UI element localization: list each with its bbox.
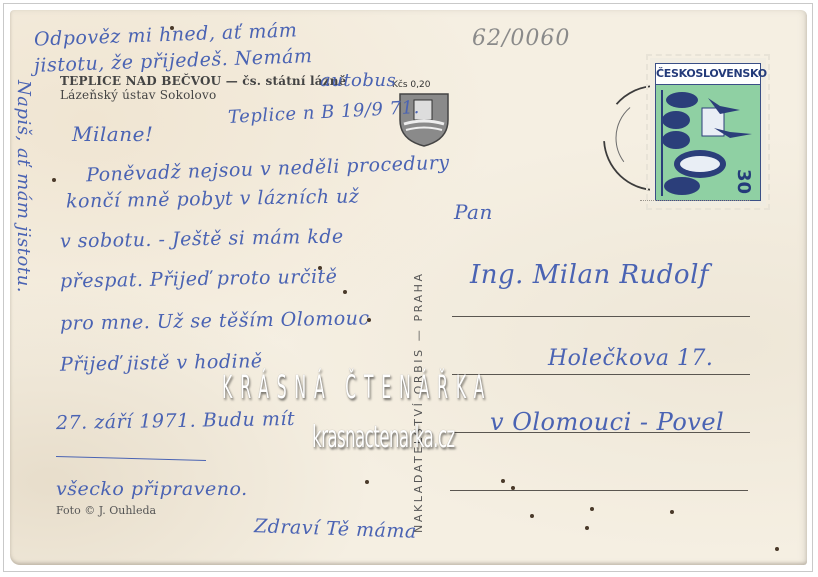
foxing-spot [343,290,347,294]
tax-stamp-value: Kčs 0,20 [392,80,430,90]
message-line: v sobotu. - Ještě si mám kde [60,226,344,253]
foxing-spot [585,526,589,530]
foxing-spot [530,514,534,518]
address-line-2 [452,374,750,375]
foxing-spot [52,178,56,182]
address-salutation: Pan [454,200,493,224]
address-line-3 [452,432,750,433]
foxing-spot [170,26,174,30]
message-line: pro mne. Už se těším Olomouc [60,307,370,334]
stamp-country: ČESKOSLOVENSKO [656,64,760,85]
address-line-4 [450,490,748,491]
closing: Zdraví Tě máma [254,515,417,543]
message-line: Poněvadž nejsou v neděli procedury [86,152,450,187]
printed-header-line1: TEPLICE NAD BEČVOU — čs. státní lázně [60,74,347,88]
message-line: všecko připraveno. [56,478,248,500]
watermark-title: KRÁSNÁ ČTENÁŘKA [222,368,492,406]
foxing-spot [501,479,505,483]
message-line: 27. září 1971. Budu mít [56,408,295,434]
foxing-spot [775,547,779,551]
top-note-line1: Odpověz mi hned, ať mám [34,19,298,50]
foxing-spot [365,480,369,484]
postage-stamp: ČESKOSLOVENSKO 30 [650,58,766,206]
stamp-dotted-line [640,200,750,201]
postage-stamp-image: ČESKOSLOVENSKO 30 [655,63,761,201]
foxing-spot [318,266,322,270]
address-street: Holečkova 17. [548,346,713,371]
message-line: přespat. Přijeď proto určitě [60,266,338,293]
foxing-spot [511,486,515,490]
top-note-line3: autobus [320,70,396,91]
salutation: Milane! [72,122,153,146]
catalog-number: 62/0060 [472,26,570,51]
watermark-url: krasnactenarka.cz [312,420,455,455]
foxing-spot [367,318,371,322]
foxing-spot [670,510,674,514]
photo-credit: Foto © J. Ouhleda [56,504,156,517]
stamp-value: 30 [733,169,754,194]
foxing-spot [590,507,594,511]
printed-header-line2: Lázeňský ústav Sokolovo [60,88,216,102]
address-name: Ing. Milan Rudolf [470,260,709,290]
margin-note: Napiš, ať mám jistotu. [13,80,34,293]
message-line: končí mně pobyt v lázních už [66,185,360,212]
postcard: TEPLICE NAD BEČVOU — čs. státní lázně Lá… [10,10,807,565]
address-line-1 [452,316,750,317]
top-note-line2: jistotu, že přijedeš. Nemám [34,45,313,77]
date-underline [56,456,206,461]
